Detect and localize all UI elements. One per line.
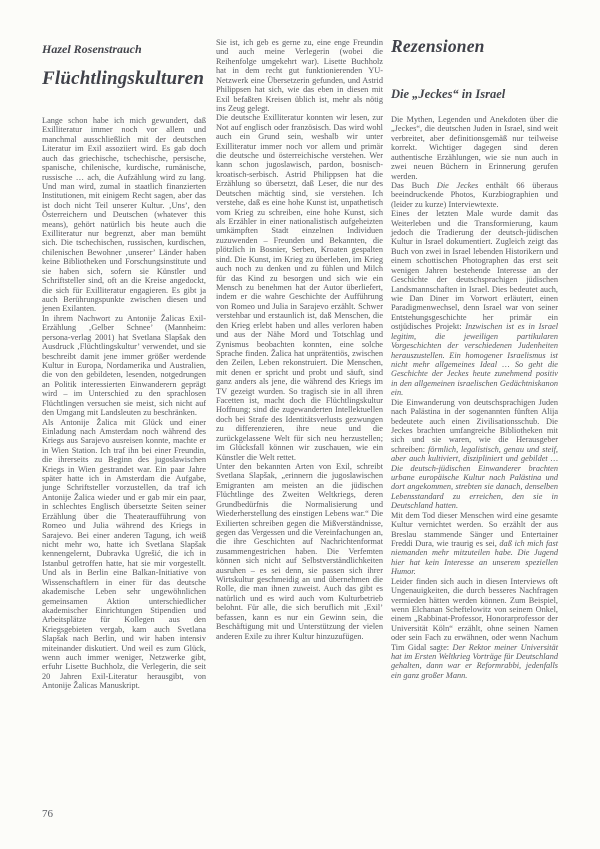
paragraph: Die Einwanderung von deutschsprachigen J… — [391, 398, 558, 511]
page-number: 76 — [42, 808, 53, 820]
paragraph: Eines der letzten Male wurde damit das W… — [391, 209, 558, 397]
journal-page: Hazel Rosenstrauch Flüchtlingskulturen L… — [0, 0, 600, 849]
review-column: Die Mythen, Legenden und Anekdoten über … — [391, 115, 558, 680]
paragraph: Die Mythen, Legenden und Anekdoten über … — [391, 115, 558, 181]
paragraph: Leider finden sich auch in diesen Interv… — [391, 577, 558, 681]
column-left: Hazel Rosenstrauch Flüchtlingskulturen L… — [42, 40, 206, 691]
article-column-1: Lange schon habe ich mich gewundert, daß… — [42, 116, 206, 691]
paragraph: Sie ist, ich geb es gerne zu, eine enge … — [216, 38, 383, 113]
article-title: Flüchtlingskulturen — [42, 68, 206, 90]
paragraph: Das Buch Die Jeckes enthält 66 überaus b… — [391, 181, 558, 209]
column-right: Rezensionen Die „Jeckes“ in Israel Die M… — [391, 36, 558, 680]
author-byline: Hazel Rosenstrauch — [42, 42, 206, 57]
paragraph: Mit dem Tod dieser Menschen wird eine ge… — [391, 511, 558, 577]
paragraph: Die deutsche Exilliteratur konnten wir l… — [216, 113, 383, 462]
article-column-2: Sie ist, ich geb es gerne zu, eine enge … — [216, 38, 383, 641]
review-title: Die „Jeckes“ in Israel — [391, 87, 558, 102]
column-middle: Sie ist, ich geb es gerne zu, eine enge … — [216, 38, 383, 641]
paragraph: Lange schon habe ich mich gewundert, daß… — [42, 116, 206, 314]
paragraph: Unter den bekannten Arten von Exil, schr… — [216, 462, 383, 641]
section-title-rezensionen: Rezensionen — [391, 36, 558, 57]
paragraph: In ihrem Nachwort zu Antonije Žalicas Ex… — [42, 314, 206, 418]
paragraph: Als Antonije Žalica mit Glück und einer … — [42, 418, 206, 691]
